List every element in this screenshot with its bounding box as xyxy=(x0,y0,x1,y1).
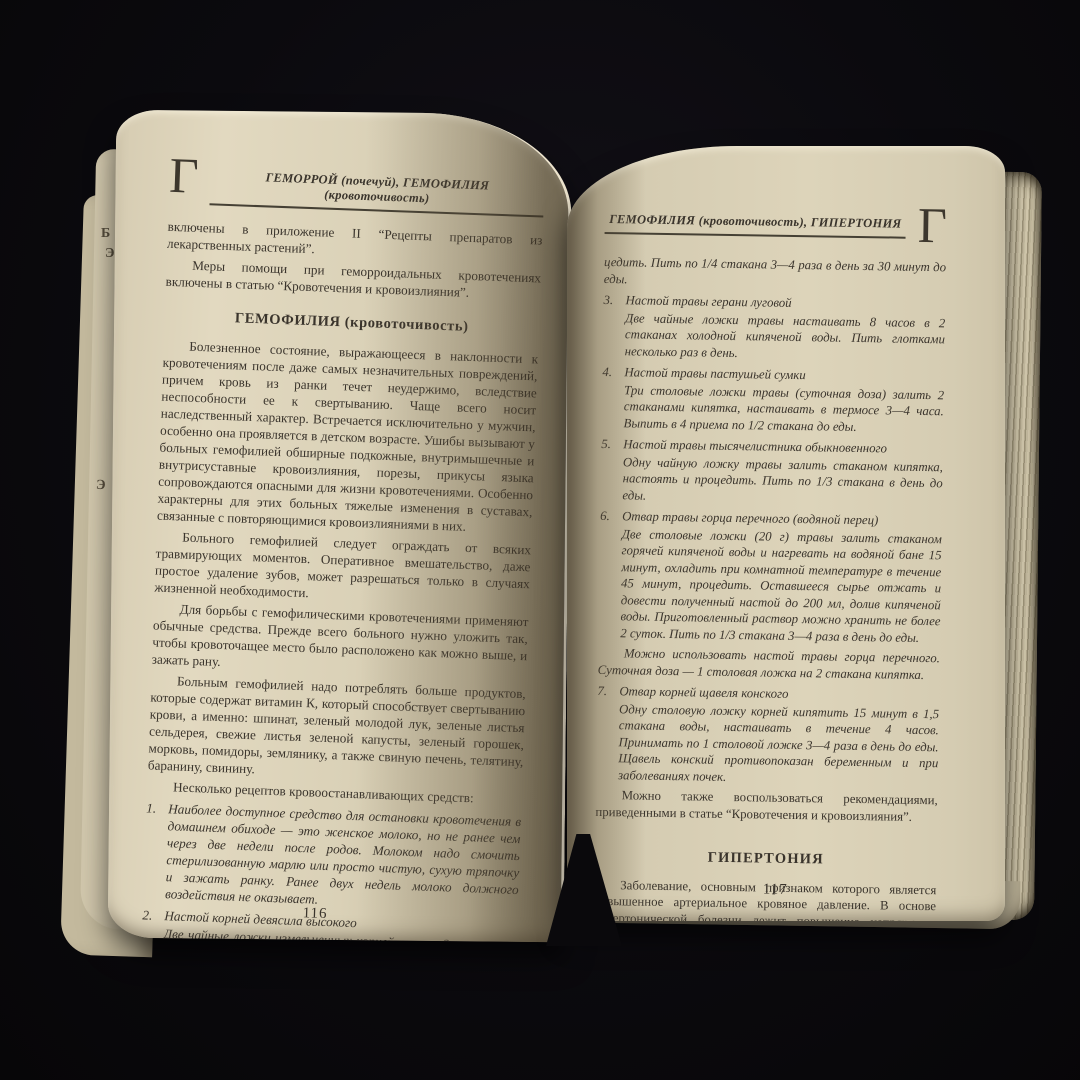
recipe-item-6: 6. Отвар травы горца перечного (водяной … xyxy=(598,508,942,646)
paragraph: Больным гемофилией надо потреблять больш… xyxy=(148,671,526,787)
right-running-header: ГЕМОФИЛИЯ (кровоточивость), ГИПЕРТОНИЯ Г xyxy=(604,200,947,245)
recipe-body: Наиболее доступное средство для остановк… xyxy=(165,800,522,915)
recipe-number: 5. xyxy=(600,436,623,503)
recipe-item-5: 5. Настой травы тысячелистника обыкновен… xyxy=(600,436,943,508)
recipe-item-3: 3. Настой травы герани луговой Две чайны… xyxy=(603,292,946,364)
left-running-title: ГЕМОРРОЙ (почечуй), ГЕМОФИЛИЯ (кровоточи… xyxy=(209,156,545,217)
section-title-hypertension: ГИПЕРТОНИЯ xyxy=(595,848,937,870)
left-page: Г ГЕМОРРОЙ (почечуй), ГЕМОФИЛИЯ (кровото… xyxy=(108,110,573,943)
recipe-body: Три столовые ложки травы (суточная доза)… xyxy=(623,382,944,437)
right-page: ГЕМОФИЛИЯ (кровоточивость), ГИПЕРТОНИЯ Г… xyxy=(567,146,1005,921)
open-book-photo: Б Э Э Г ГЕМОРРОЙ (почечуй), ГЕМОФИЛИЯ (к… xyxy=(0,0,1080,1080)
recipe-number: 3. xyxy=(603,292,626,359)
left-running-header: Г ГЕМОРРОЙ (почечуй), ГЕМОФИЛИЯ (кровото… xyxy=(168,155,545,218)
recipe-item-7: 7. Отвар корней щавеля конского Одну сто… xyxy=(596,683,940,788)
left-page-content: Г ГЕМОРРОЙ (почечуй), ГЕМОФИЛИЯ (кровото… xyxy=(108,110,571,943)
recipe-item-4: 4. Настой травы пастушьей сумки Три стол… xyxy=(601,364,944,436)
recipe-number: 6. xyxy=(598,508,622,641)
recipe-item-1: 1. Наиболее доступное средство для остан… xyxy=(143,799,521,915)
stack-edge-letter: Э xyxy=(105,246,115,262)
recipe-number: 4. xyxy=(601,364,624,431)
right-page-content: ГЕМОФИЛИЯ (кровоточивость), ГИПЕРТОНИЯ Г… xyxy=(567,146,1005,921)
recipe-body: Две столовые ложки (20 г) травы залить с… xyxy=(620,526,942,647)
paragraph: Болезненное состояние, выражающееся в на… xyxy=(157,337,539,538)
right-running-title: ГЕМОФИЛИЯ (кровоточивость), ГИПЕРТОНИЯ xyxy=(605,200,907,239)
stack-edge-letter: Э xyxy=(96,478,106,494)
recipe-note: Можно использовать настой травы горца пе… xyxy=(598,645,940,683)
recipe-body: Две чайные ложки травы настаивать 8 часо… xyxy=(625,310,946,365)
stack-edge-letter: Б xyxy=(101,226,110,242)
recipe-number: 7. xyxy=(596,683,620,783)
paragraph: Больного гемофилией следует ограждать от… xyxy=(154,528,531,610)
closing-paragraph: Можно также воспользоваться рекомендация… xyxy=(595,787,937,825)
continuation-paragraph: цедить. Пить по 1/4 стакана 3—4 раза в д… xyxy=(604,254,946,292)
chapter-letter: Г xyxy=(169,155,199,196)
recipe-body: Одну чайную ложку травы залить стаканом … xyxy=(622,454,943,509)
recipe-body: Одну столовую ложку корней кипятить 15 м… xyxy=(618,701,939,789)
chapter-letter: Г xyxy=(918,205,948,245)
section-title-hemophilia: ГЕМОФИЛИЯ (кровоточивость) xyxy=(164,308,539,339)
paragraph: Для борьбы с гемофилическими кровотечени… xyxy=(151,600,528,682)
